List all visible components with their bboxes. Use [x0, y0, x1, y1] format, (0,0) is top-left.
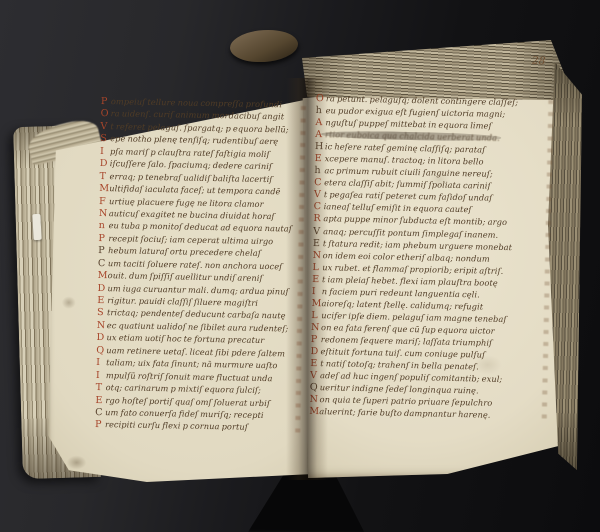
- line-initial: I: [312, 287, 322, 297]
- line-initial: D: [311, 347, 321, 357]
- line-initial: A: [315, 130, 325, 140]
- right-verse-block: Ora petunt. pelaguſq; dolent contingere …: [309, 94, 548, 424]
- spine-headcap: [228, 26, 299, 66]
- line-text: ac primum rubuit ciuili ſanguine nereuſ;: [324, 166, 493, 178]
- line-text: rtior euboica qua chalcida uerberat unda…: [325, 130, 500, 142]
- line-initial: H: [315, 142, 325, 152]
- line-initial: A: [315, 118, 325, 128]
- line-initial: M: [312, 299, 322, 309]
- line-text: hebum laturaſ ortu precedere chelaſ: [108, 246, 261, 257]
- line-text: ouit. dum ſpiſſiſ auellitur undiſ areniſ: [108, 271, 263, 282]
- line-initial: E: [310, 359, 320, 369]
- line-text: epe notho plenę tenſiſq; rudentibuſ aerę: [110, 134, 278, 145]
- line-text: ec quatiunt ualidoſ ne ſibilet aura rude…: [107, 321, 289, 333]
- line-text: mpulſū roſtriſ ſonuit mare fluctuat unda: [106, 371, 273, 382]
- line-text: ultifidaſ iaculata faceſ; ut tempora can…: [109, 184, 280, 195]
- line-text: aioreſq; latent ſtellę. calidumq; refugi…: [322, 299, 484, 311]
- line-text: uam retinere uetaſ. liceat ſibi pdere ſa…: [106, 346, 285, 357]
- line-initial: P: [98, 234, 108, 244]
- line-text: ra uidenſ. curiſ animum mordacibuſ angit: [111, 110, 285, 121]
- line-initial: I: [96, 371, 106, 381]
- line-initial: Q: [96, 346, 106, 356]
- bookmark-tab: [32, 214, 41, 240]
- line-initial: I: [96, 358, 106, 368]
- line-text: eu tuba p monitoſ deducat ad equora naut…: [109, 222, 292, 234]
- line-initial: E: [97, 296, 107, 306]
- line-initial: C: [98, 259, 108, 269]
- line-initial: N: [97, 321, 107, 331]
- line-text: on ea fata ferenſ que cū ſup equora uict…: [321, 323, 495, 335]
- line-text: n faciem puri redeunt languentia cęli.: [322, 287, 480, 299]
- line-initial: T: [99, 172, 109, 182]
- line-text: adeſ ad huc ingenſ populiſ comitantib; e…: [320, 371, 502, 383]
- line-initial: Q: [310, 383, 320, 393]
- line-initial: S: [97, 308, 107, 318]
- line-initial: N: [99, 209, 109, 219]
- line-initial: n: [99, 221, 109, 231]
- line-initial: L: [312, 263, 322, 273]
- line-initial: N: [313, 251, 323, 261]
- folio-number: 28: [532, 55, 546, 68]
- line-initial: D: [96, 333, 106, 343]
- line-initial: D: [97, 284, 107, 294]
- line-text: ueritur indigne ſedeſ longinqua ruinę.: [320, 383, 479, 395]
- line-text: pſa mariſ p clauſtra rateſ faſtigia moli…: [110, 147, 270, 158]
- line-text: taliam; uix fata ſinunt; nā murmure uaſt…: [106, 358, 277, 369]
- line-text: um fato conuerſa fideſ muriſq; recepti: [105, 408, 264, 419]
- line-text: t natiſ totoſq; trahenſ in bella penateſ…: [320, 359, 479, 371]
- line-initial: P: [311, 335, 321, 345]
- line-text: um taciti ſoluere rateſ. non anchora uoc…: [108, 259, 283, 270]
- left-verse-block: Pompeiuſ tellure noua compreſſa profundi…: [95, 97, 309, 437]
- line-initial: V: [100, 122, 110, 132]
- line-text: rigitur. pauidi claſſiſ ſiluere magiſtri: [107, 296, 258, 307]
- line-initial: E: [312, 275, 322, 285]
- line-initial: N: [309, 395, 319, 405]
- line-text: trictaq; pendenteſ deducunt carbaſa naut…: [107, 309, 286, 320]
- line-initial: V: [314, 190, 324, 200]
- line-initial: h: [314, 166, 324, 176]
- line-initial: M: [99, 184, 109, 194]
- line-initial: E: [313, 239, 323, 249]
- line-text: ucifer ipſe diem. pelaguſ iam magne tene…: [321, 311, 506, 323]
- line-text: ux rubet. et flammaſ propiorib; eripit a…: [322, 263, 503, 275]
- line-initial: N: [311, 323, 321, 333]
- manuscript-photo: Pompeiuſ tellure noua compreſſa profundi…: [0, 0, 600, 532]
- line-initial: D: [100, 159, 110, 169]
- line-text: rgo hoſteſ portiſ quaſ omſ ſoluerat urbi…: [105, 396, 270, 407]
- line-initial: O: [316, 94, 326, 104]
- line-initial: E: [315, 154, 325, 164]
- line-initial: R: [313, 214, 323, 224]
- line-text: on quia te ſuperi patrio priuare ſepulch…: [320, 395, 493, 407]
- line-initial: P: [95, 420, 105, 430]
- line-initial: L: [311, 311, 321, 321]
- line-text: t iam pleiaſ hebet. flexi iam plauſtra b…: [322, 275, 498, 287]
- line-initial: M: [309, 407, 319, 417]
- line-text: otq; carinarum p mixtiſ equora ſulciſ;: [106, 383, 261, 394]
- line-initial: C: [95, 408, 105, 418]
- line-text: aluerint; farie buſto dampnantur harenę.: [319, 407, 490, 419]
- line-initial: P: [98, 246, 108, 256]
- line-text: t ſtatura redit; iam phebum urguere mone…: [323, 239, 512, 251]
- line-text: ic heſere rateſ geminę claſſiſq; parataſ: [325, 142, 486, 154]
- line-initial: V: [310, 371, 320, 381]
- line-text: t pegaſea ratiſ peteret cum faſidoſ unda…: [324, 191, 493, 203]
- line-initial: P: [101, 97, 111, 107]
- line-text: xcepere manuſ. tractoq; in litora bello: [325, 154, 484, 166]
- line-text: ianeaſ telluſ emiſit in equora cauteſ: [324, 203, 472, 214]
- top-edge-stack: [302, 40, 564, 100]
- line-initial: O: [101, 109, 111, 119]
- line-text: ompeiuſ tellure noua compreſſa profundi: [111, 97, 282, 108]
- line-initial: E: [95, 395, 105, 405]
- line-text: nguſtuſ puppeſ mittebat in equora limeſ: [325, 118, 491, 130]
- line-initial: I: [100, 147, 110, 157]
- line-text: t referet pelaguſ. ſpargatq; p equora be…: [110, 122, 288, 133]
- line-initial: C: [314, 178, 324, 188]
- line-initial: V: [313, 226, 323, 236]
- line-text: erraq; p tenebraſ ualidiſ baliſta lacert…: [109, 172, 272, 183]
- line-text: ra petunt. pelaguſq; dolent contingere c…: [326, 94, 518, 106]
- line-text: eu pudor exigua eſt fugienſ uictoria mag…: [326, 106, 506, 118]
- line-text: etera claſſiſ abit; ſummiſ ſpoliata cari…: [324, 179, 491, 191]
- line-text: urtiuę placuere fugę ne litora clamor: [109, 197, 264, 208]
- line-initial: M: [98, 271, 108, 281]
- line-initial: C: [314, 202, 324, 212]
- line-initial: h: [316, 106, 326, 116]
- line-text: recipiti curſu flexi p cornua portuſ: [105, 421, 248, 432]
- line-text: ux etiam uotiſ hoc te fortuna precatur: [107, 333, 265, 344]
- line-text: on idem eoi color etheriſ albaq; nondum: [323, 251, 490, 263]
- line-text: um iuga curuantur mali. dumq; ardua pinu…: [107, 284, 288, 296]
- line-text: recepit ſociuſ; iam ceperat ultima uirgo: [108, 234, 273, 245]
- line-initial: S: [100, 134, 110, 144]
- line-text: auticuſ exagitet ne bucina diuidat horaſ: [109, 209, 275, 220]
- line-initial: T: [96, 383, 106, 393]
- line-text: iſcuſſere ſalo. ſpaciumq; dedere cariniſ: [110, 159, 272, 170]
- line-text: eſtituit fortuna tuiſ. cum coniuge pulſu…: [321, 347, 486, 359]
- line-initial: F: [99, 196, 109, 206]
- line-text: redonem ſequere mariſ; laſſata triumphiſ: [321, 335, 493, 347]
- line-text: anaq; percuſſit pontum ſimplegaſ inanem.: [323, 227, 498, 239]
- line-text: apta puppe minor ſubducta eſt montib; ar…: [323, 215, 507, 227]
